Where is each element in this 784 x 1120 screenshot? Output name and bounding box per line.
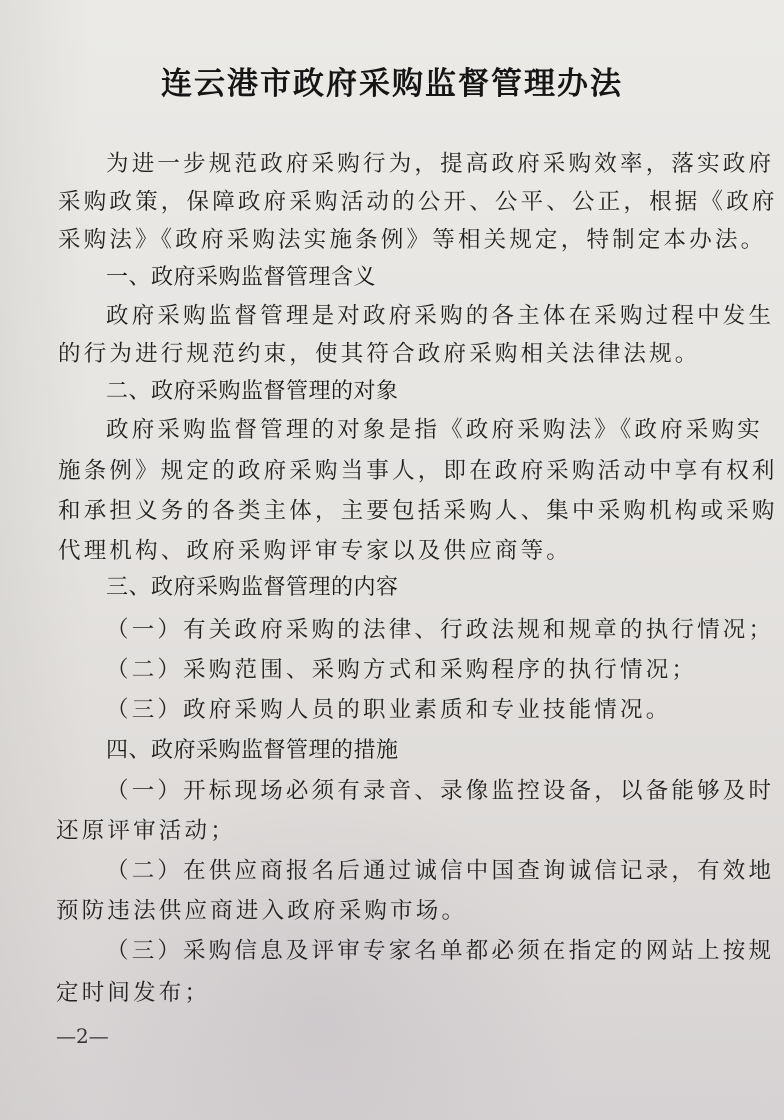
section-2-line: 施条例》规定的政府采购当事人，即在政府采购活动中享有权利: [58, 453, 778, 485]
section-4-item: 定时间发布；: [56, 975, 210, 1007]
section-heading-1: 一、政府采购监督管理含义: [106, 260, 376, 291]
section-4-item: （三）采购信息及评审专家名单都必须在指定的网站上按规: [106, 933, 774, 965]
section-2-line: 和承担义务的各类主体，主要包括采购人、集中采购机构或采购: [58, 493, 778, 525]
preamble-line: 采购政策，保障政府采购活动的公开、公平、公正，根据《政府: [58, 184, 778, 216]
section-heading-3: 三、政府采购监督管理的内容: [106, 570, 399, 601]
section-heading-4: 四、政府采购监督管理的措施: [106, 733, 399, 764]
section-4-item: 预防违法供应商进入政府采购市场。: [56, 893, 467, 925]
document-page: 连云港市政府采购监督管理办法 为进一步规范政府采购行为，提高政府采购效率，落实政…: [0, 0, 784, 1120]
page-number: —2—: [56, 1024, 109, 1048]
section-2-line: 代理机构、政府采购评审专家以及供应商等。: [58, 533, 572, 565]
section-1-line: 的行为进行规范约束，使其符合政府采购相关法律法规。: [58, 336, 701, 368]
section-4-item: （一）开标现场必须有录音、录像监控设备，以备能够及时: [106, 773, 774, 805]
section-1-line: 政府采购监督管理是对政府采购的各主体在采购过程中发生: [106, 298, 774, 330]
section-3-item: （一）有关政府采购的法律、行政法规和规章的执行情况；: [106, 612, 774, 644]
section-3-item: （三）政府采购人员的职业素质和专业技能情况。: [106, 692, 671, 724]
section-4-item: 还原评审活动；: [56, 813, 236, 845]
document-title: 连云港市政府采购监督管理办法: [0, 58, 784, 103]
section-heading-2: 二、政府采购监督管理的对象: [106, 374, 399, 405]
preamble-line: 采购法》《政府采购法实施条例》等相关规定，特制定本办法。: [58, 222, 766, 254]
section-3-item: （二）采购范围、采购方式和采购程序的执行情况；: [106, 652, 697, 684]
section-2-line: 政府采购监督管理的对象是指《政府采购法》《政府采购实: [106, 412, 763, 444]
section-4-item: （二）在供应商报名后通过诚信中国查询诚信记录，有效地: [106, 853, 774, 885]
preamble-line: 为进一步规范政府采购行为，提高政府采购效率，落实政府: [106, 146, 774, 178]
